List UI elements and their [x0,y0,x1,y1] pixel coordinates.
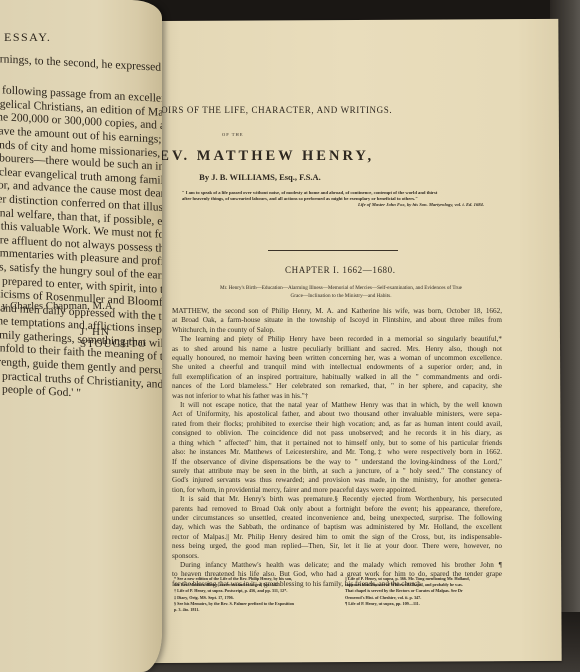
left-page-text: ornings, to the second, he expressed th … [0,52,162,406]
body-line: tion, for whom, in providential mercy, f… [172,486,502,495]
body-line: parents had removed to Broad Oak only ab… [172,505,502,514]
body-line: rector of Malpas.|| Mr. Philip Henry des… [172,533,502,542]
epigraph-citation: Life of Master John Fox, by his Son. Mar… [182,202,502,208]
summary-line: Mr. Henry's Birth—Education—Alarming Ill… [176,285,506,293]
body-line: under circumstances so unsettled, create… [172,514,502,523]
body-line: as to shed around his name a lustre pecu… [172,345,502,354]
of-the-label: OF THE [222,132,244,137]
footnotes-left: * See a new edition of the Life of the R… [174,576,333,613]
chapter-heading: CHAPTER I. 1662—1680. [285,265,396,275]
body-line: The learning and piety of Philip Henry h… [172,335,502,344]
body-text: MATTHEW, the second son of Philip Henry,… [172,307,502,589]
footnote-line: p. 3. 4to. 1811. [174,607,333,613]
footnotes-right: || Life of P. Henry, ut supra, p. 366. M… [345,576,504,613]
body-line: at Broad Oak, a farm-house situate in th… [172,316,502,325]
body-line: She united a cheerful and tranquil mind … [172,363,502,372]
body-line: a thing which " affected" him, that it p… [172,439,502,448]
body-line: equally honoured, no memoir having been … [172,354,502,363]
summary-line: Grace—Inclination to the Ministry—and Ha… [176,293,506,301]
body-line: consigned to oblivion. The coincidence d… [172,429,502,438]
body-line: It is said that Mr. Henry's birth was pr… [172,495,502,504]
title-divider [268,250,398,251]
body-line: day, which was the Sabbath, the ordinanc… [172,523,502,532]
body-line: sponsors. [172,552,502,561]
footnotes: * See a new edition of the Life of the R… [174,576,504,613]
body-line: full exemplification of an inspired port… [172,373,502,382]
body-line: During infancy Matthew's health was deli… [172,561,502,570]
body-line: God's injured servants was thus rewarded… [172,476,502,485]
body-line: Act of Uniformity, his apostolical fathe… [172,410,502,419]
essay-author: y Charles Chapman, M.A. [2,300,115,312]
running-header: ESSAY. [4,30,51,45]
body-line: It will not escape notice, that the nata… [172,401,502,410]
body-line: surely that attribute may be seen in the… [172,467,502,476]
body-line: nances of the Lord blameless." Her celeb… [172,382,502,391]
body-line: rated from their flocks; prohibited to e… [172,420,502,429]
footnote-line: ¶ Life of P. Henry, ut supra, pp. 109—11… [345,601,504,607]
chapter-summary: Mr. Henry's Birth—Education—Alarming Ill… [176,285,506,300]
publisher-imprint: J' HN STOUGHTO [80,326,162,350]
body-line: was not inferior to what his father was … [172,392,502,401]
body-line: also: he instances Mr. Matthews of Leice… [172,448,502,457]
left-page: ESSAY. ornings, to the second, he expres… [0,0,162,672]
epigraph: " I am to speak of a life passed over wi… [182,190,502,208]
body-line: If the observance of divine dispensation… [172,458,502,467]
body-line: Whitchurch, in the county of Salop. [172,326,502,335]
body-line: MATTHEW, the second son of Philip Henry,… [172,307,502,316]
body-line: ness being urged, the good man replied—T… [172,542,502,551]
